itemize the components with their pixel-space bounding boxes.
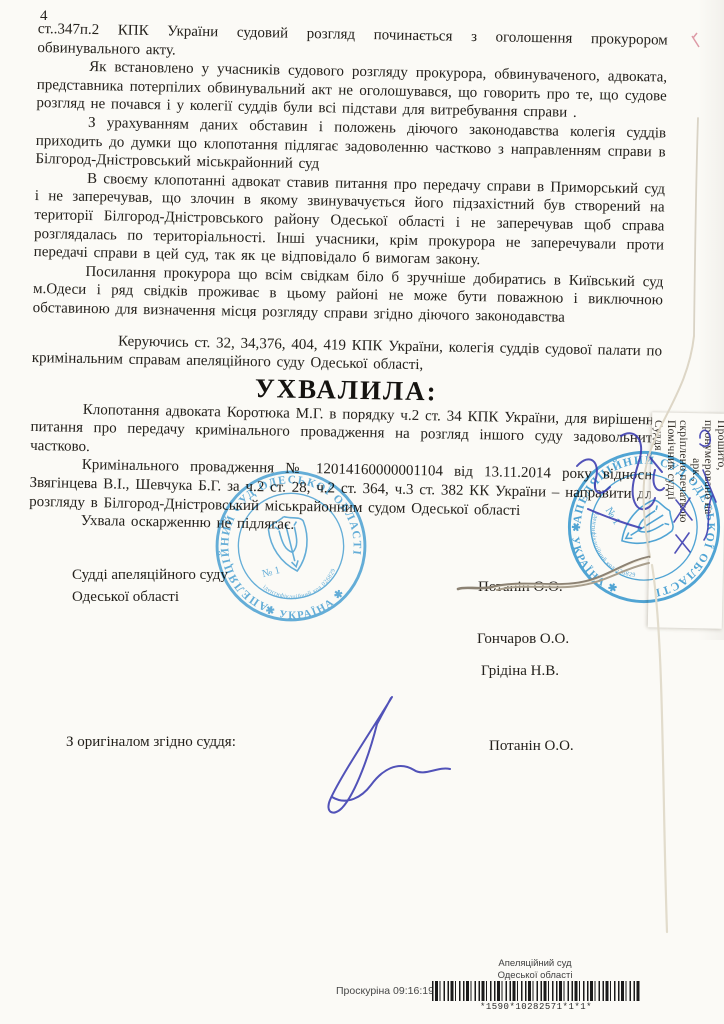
certifying-signature bbox=[328, 697, 392, 813]
certified-judge-name: Потанін О.О. bbox=[489, 738, 574, 755]
paragraph: В своєму клопотанні адвокат ставив питан… bbox=[34, 169, 666, 273]
certified-label: З оригіналом згідно суддя: bbox=[66, 734, 236, 751]
thread-top-vertical bbox=[694, 118, 698, 336]
barcode bbox=[432, 981, 640, 1001]
panel-title-line2: Одеської області bbox=[72, 589, 179, 606]
certifying-signature-tail bbox=[332, 766, 450, 801]
resolution-paragraphs: Клопотання адвоката Коротюка М.Г. в поря… bbox=[29, 400, 661, 542]
binding-label-text: Прошито,пронумеровано на арк.,скріплено … bbox=[651, 420, 724, 624]
footer-court-line1: Апеляційний суд bbox=[450, 958, 620, 970]
footer-court-line2: Одеської області bbox=[450, 970, 620, 982]
binding-label-line: арк., bbox=[689, 420, 702, 624]
footer-operator-timestamp: Проскуріна 09:16:19 bbox=[336, 985, 434, 997]
scanned-court-document: { "document": { "page_number": "4", "par… bbox=[0, 0, 724, 1024]
binding-label-line: Прошито, bbox=[714, 420, 724, 624]
pink-scan-mark bbox=[692, 33, 699, 47]
pre-heading-paragraphs: ст..347п.2 КПК України судовий розгляд п… bbox=[32, 20, 668, 379]
judge-name-gridina: Грідіна Н.В. bbox=[481, 663, 559, 680]
panel-title-line1: Судді апеляційного суду bbox=[72, 567, 228, 584]
paragraph: Посилання прокурора що всім свідкам біло… bbox=[33, 262, 664, 329]
document-body: ст..347п.2 КПК України судовий розгляд п… bbox=[29, 20, 668, 541]
judge-name-goncharov: Гончаров О.О. bbox=[477, 631, 569, 648]
judge-name-potanin: Потанін О.О. bbox=[478, 579, 563, 596]
binding-label-line: Помічник судді bbox=[664, 420, 677, 624]
barcode-number: *1590*10282571*1*1* bbox=[432, 1002, 640, 1012]
binding-label-line: Суддя bbox=[651, 420, 664, 624]
binding-label-line: пронумеровано на bbox=[702, 420, 715, 624]
binding-label-line: скріплено печаткою bbox=[677, 420, 690, 624]
footer-court-name: Апеляційний суд Одеської області bbox=[450, 958, 620, 981]
